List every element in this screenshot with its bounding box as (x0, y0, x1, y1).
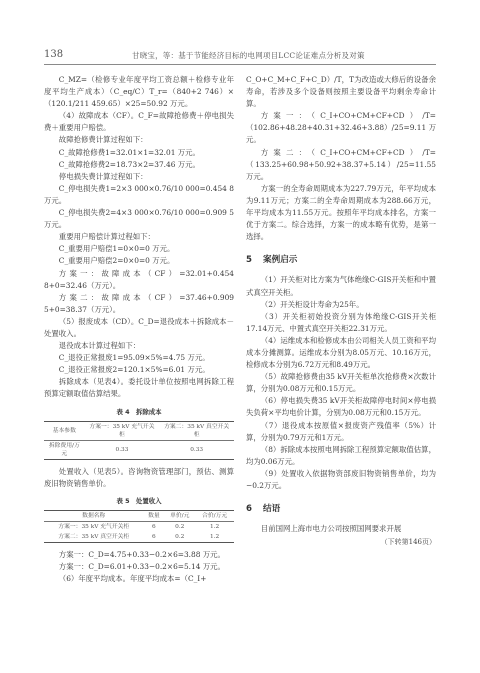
right-column: C_O+C_M+C_F+C_D）/T，T为改造或大修后的设备余寿命，若涉及多个设… (246, 74, 436, 548)
table-cell: 方案二：35 kV 真空开关柜 (44, 532, 144, 543)
paragraph: （6）年度平均成本。年度平均成本=（C_I+ (44, 573, 234, 585)
section-title: 案例启示 (263, 255, 297, 265)
list-item: （7）退役成本按原值×报废资产残值率（5%）计算，分别为0.79万元和1万元。 (246, 420, 436, 444)
table-row: 方案二：35 kV 真空开关柜 6 0.2 1.2 (44, 532, 234, 543)
table-header: 单价/元 (164, 510, 195, 521)
paragraph: C_MZ=（检修专业年度平均工资总额＋检修专业年度平均生产成本）（C_eq/C）… (44, 74, 234, 110)
paragraph: C_O+C_M+C_F+C_D）/T，T为改造或大修后的设备余寿命，若涉及多个设… (246, 74, 436, 110)
table-cell: 0.33 (85, 440, 160, 459)
paragraph: 故障抢修费计算过程如下： (44, 134, 234, 146)
list-item: （5）故障抢修费由35 kV开关柜单次抢修费×次数计算，分别为0.08万元和0.… (246, 371, 436, 395)
table-cell: 1.2 (195, 532, 234, 543)
table-header: 数量 (144, 510, 165, 521)
formula: C_停电损失费2=4×3 000×0.76/10 000=0.909 5 万元。 (44, 207, 234, 231)
table-header: 合价/万元 (195, 510, 234, 521)
continued-note: （下转第146页） (246, 536, 436, 548)
formula: C_故障抢修费1=32.01×1=32.01 万元。 (44, 147, 234, 159)
list-item: （8）拆除成本按照电网拆除工程预算定额取值估算，均为0.06万元。 (246, 444, 436, 468)
table-cell: 拆除费用/万元 (44, 440, 85, 459)
formula: C_重要用户赔偿1=0×0=0 万元。 (44, 243, 234, 255)
paragraph: 方案二：故障成本（CF）=37.46+0.909 5+0=38.37（万元）。 (44, 292, 234, 316)
paragraph: 重要用户赔偿计算过程如下： (44, 231, 234, 243)
formula: C_故障抢修费2=18.73×2=37.46 万元。 (44, 159, 234, 171)
paragraph: （5）报废成本（CD）。C_D=退役成本＋拆除成本－处置收入。 (44, 316, 234, 340)
section-6-heading: 6 结语 (246, 503, 436, 515)
paragraph: 方案一的全寿命周期成本为227.79万元，年平均成本为9.11万元；方案二的全寿… (246, 183, 436, 243)
table-header: 数据名称 (44, 510, 144, 521)
table-row: 方案一：35 kV 充气开关柜 6 0.2 1.2 (44, 521, 234, 532)
paragraph: （4）故障成本（CF）。C_F=故障抢修费＋停电损失费＋重要用户赔偿。 (44, 110, 234, 134)
table-cell: 0.2 (164, 532, 195, 543)
paragraph: 目前国网上海市电力公司按照国网要求开展 (246, 523, 436, 535)
table-cell: 方案一：35 kV 充气开关柜 (44, 521, 144, 532)
paragraph: 处置收入（见表5）。咨询物资管理部门，预估、测算废旧物资销售单价。 (44, 466, 234, 490)
list-item: （1）开关柜对比方案为气体绝缘C-GIS开关柜和中置式真空开关柜。 (246, 274, 436, 298)
formula: C_退役正常报废2=120.1×5%=6.01 万元。 (44, 364, 234, 376)
table-cell: 6 (144, 521, 165, 532)
paragraph: 拆除成本（见表4）。委托设计单位按照电网拆除工程预算定额取值估算结果。 (44, 376, 234, 400)
table-header: 方案二：35 kV 真空开关柜 (159, 421, 234, 440)
table-row: 拆除费用/万元 0.33 0.33 (44, 440, 234, 459)
table4-title: 表 4 拆除成本 (44, 406, 234, 418)
table-cell: 1.2 (195, 521, 234, 532)
running-title: 甘晓宝，等：基于节能经济目标的电网项目LCC论证难点分析及对策 (132, 50, 365, 61)
formula: C_重要用户赔偿2=0×0=0 万元。 (44, 255, 234, 267)
page-number: 138 (44, 49, 63, 60)
formula: 方案一：C_D=4.75+0.33−0.2×6=3.88 万元。 (44, 549, 234, 561)
section-number: 6 (246, 503, 260, 515)
section-number: 5 (246, 254, 260, 266)
left-column: C_MZ=（检修专业年度平均工资总额＋检修专业年度平均生产成本）（C_eq/C）… (44, 74, 234, 585)
list-item: （9）处置收入依据物资部废旧物资销售单价，均为−0.2万元。 (246, 468, 436, 492)
formula: 方案一：（C_I+CO+CM+CF+CD）/T=（102.86+48.28+40… (246, 110, 436, 146)
table-cell: 0.33 (159, 440, 234, 459)
table-header: 方案一：35 kV 充气开关柜 (85, 421, 160, 440)
paragraph: 方案一：故障成本（CF）=32.01+0.454 8+0=32.46（万元）。 (44, 268, 234, 292)
formula: 方案一：C_D=6.01+0.33−0.2×6=5.14 万元。 (44, 561, 234, 573)
page-header: 138 甘晓宝，等：基于节能经济目标的电网项目LCC论证难点分析及对策 (44, 48, 436, 65)
table5-title: 表 5 处置收入 (44, 495, 234, 507)
list-item: （2）开关柜设计寿命为25年。 (246, 299, 436, 311)
table-cell: 6 (144, 532, 165, 543)
table-header: 基本参数 (44, 421, 85, 440)
paragraph: 停电损失费计算过程如下： (44, 171, 234, 183)
paragraph: 退役成本计算过程如下： (44, 340, 234, 352)
section-5-heading: 5 案例启示 (246, 254, 436, 266)
list-item: （4）运维成本和检修成本由公司相关人员工资和平均成本分摊测算。运维成本分别为8.… (246, 335, 436, 371)
list-item: （3）开关柜初始投资分别为体绝缘C-GIS开关柜17.14万元、中置式真空开关柜… (246, 311, 436, 335)
list-item: （6）停电损失费35 kV开关柜故障停电时间×停电损失负荷×平均电价计算，分别为… (246, 395, 436, 419)
formula: C_退役正常报废1=95.09×5%=4.75 万元。 (44, 352, 234, 364)
table5: 数据名称 数量 单价/元 合价/万元 方案一：35 kV 充气开关柜 6 0.2… (44, 510, 234, 543)
table-cell: 0.2 (164, 521, 195, 532)
formula: 方案二：（C_I+CO+CM+CF+CD）/T=（133.25+60.98+50… (246, 147, 436, 183)
formula: C_停电损失费1=2×3 000×0.76/10 000=0.454 8 万元。 (44, 183, 234, 207)
section-title: 结语 (263, 504, 280, 514)
table4: 基本参数 方案一：35 kV 充气开关柜 方案二：35 kV 真空开关柜 拆除费… (44, 421, 234, 460)
